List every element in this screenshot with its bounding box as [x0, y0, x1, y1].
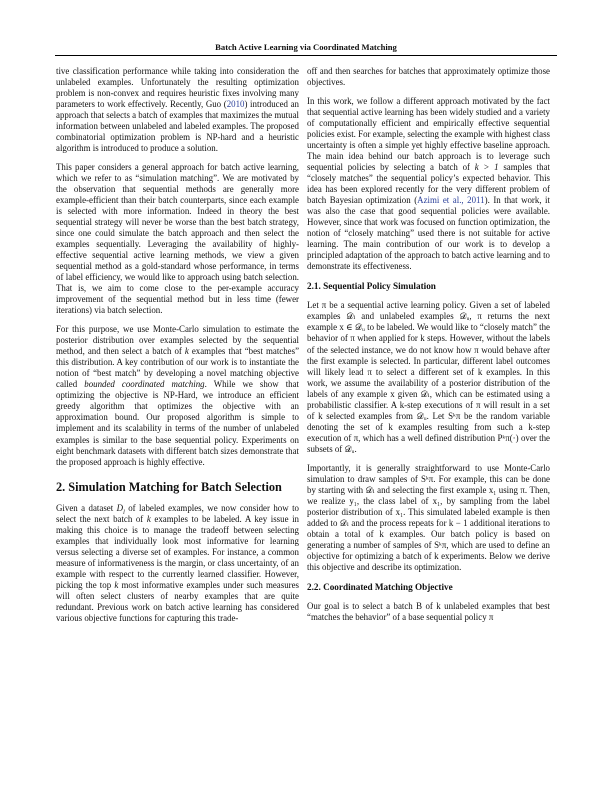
text: Given a dataset	[56, 503, 117, 513]
emphasis: bounded coordinated matching	[84, 379, 204, 389]
right-column: off and then searches for batches that a…	[307, 66, 550, 631]
text: In this work, we follow a different appr…	[307, 96, 550, 172]
subsection-heading: 2.2. Coordinated Matching Objective	[307, 582, 550, 593]
math-k: k > 1	[475, 162, 499, 172]
paragraph: For this purpose, we use Monte-Carlo sim…	[56, 324, 299, 468]
text: examples to be labeled. A key issue in m…	[56, 514, 299, 590]
paragraph: Importantly, it is generally straightfor…	[307, 463, 550, 573]
paragraph: This paper considers a general approach …	[56, 162, 299, 317]
citation-link[interactable]: 2010	[227, 99, 245, 109]
left-column: tive classification performance while ta…	[56, 66, 299, 632]
running-header: Batch Active Learning via Coordinated Ma…	[55, 42, 557, 56]
paragraph: Let π be a sequential active learning po…	[307, 300, 550, 455]
paragraph: off and then searches for batches that a…	[307, 66, 550, 88]
paragraph: Our goal is to select a batch B of k unl…	[307, 601, 550, 623]
subsection-heading: 2.1. Sequential Policy Simulation	[307, 281, 550, 292]
citation-link[interactable]: Azimi et al., 2011	[417, 195, 484, 205]
math-dl: Dl	[117, 503, 125, 513]
paragraph: Given a dataset Dl of labeled examples, …	[56, 503, 299, 625]
text: ). In that work, it was also the case th…	[307, 195, 550, 271]
paragraph: tive classification performance while ta…	[56, 66, 299, 154]
section-heading: 2. Simulation Matching for Batch Selecti…	[56, 480, 299, 494]
paragraph: In this work, we follow a different appr…	[307, 96, 550, 273]
text: . While we show that optimizing the obje…	[56, 379, 299, 466]
